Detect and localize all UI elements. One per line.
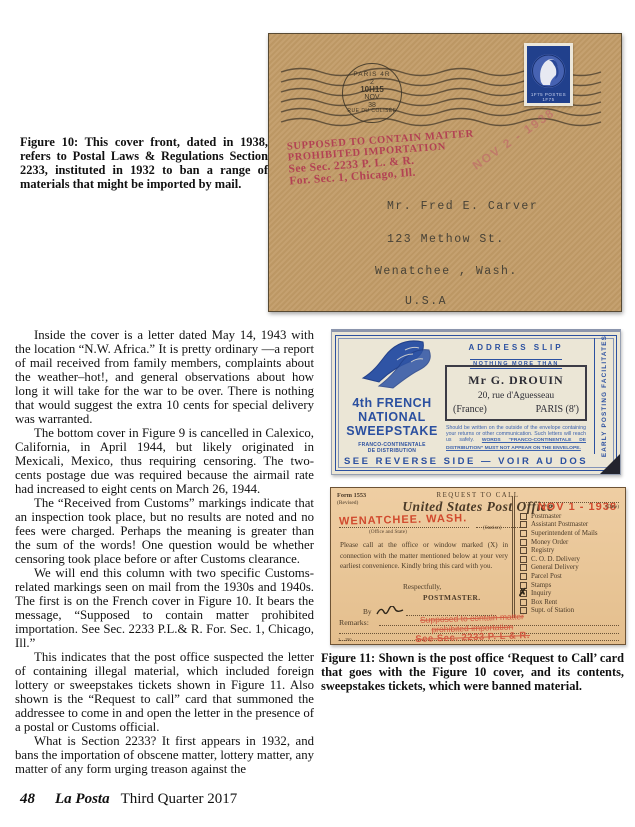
address-line: Wenatchee , Wash. <box>375 265 518 278</box>
checkbox-row: Superintendent of Mails <box>520 529 624 538</box>
address-line: Mr. Fred E. Carver <box>387 200 538 213</box>
date-label: (Date) <box>521 502 619 510</box>
office-label: (Office and State) <box>369 529 407 535</box>
distributor-name: FRANCO-CONTINENTALE DE DISTRIBUTION <box>340 442 444 454</box>
journal-name: La Posta <box>55 791 110 808</box>
checkbox-icon <box>520 521 527 528</box>
reverse-side-banner: SEE REVERSE SIDE — VOIR AU DOS <box>342 456 590 467</box>
crossed-out-remarks-handstamp: Supposed to contain matter prohibited im… <box>415 612 531 644</box>
page-footer: 48 La Posta Third Quarter 2017 <box>20 791 237 808</box>
paragraph: We will end this column with two specifi… <box>15 566 314 650</box>
checkbox-icon <box>520 539 527 546</box>
remarks-label: Remarks: <box>339 618 369 627</box>
checkbox-row: C. O. D. Delivery <box>520 555 624 564</box>
checkbox-row: Stamps <box>520 581 624 590</box>
paragraph: This indicates that the post office susp… <box>15 650 314 734</box>
address-line: U.S.A <box>405 295 447 308</box>
paragraph: Inside the cover is a letter dated May 1… <box>15 328 314 426</box>
paragraph: What is Section 2233? It first appears i… <box>15 734 314 776</box>
checkbox-icon <box>520 599 527 606</box>
checkbox-icon <box>520 513 527 520</box>
paris-postmark: PARIS 4R 2 10H15 NOV 38 RUE DU COLISÉE <box>342 63 402 123</box>
checkbox-icon <box>520 547 527 554</box>
form-print-code: 2—290 <box>338 637 352 642</box>
request-to-call-card-photo: Form 1553 (Revised) REQUEST TO CALL Unit… <box>330 487 626 645</box>
figure11-caption: Figure 11: Shown is the post office ‘Req… <box>321 652 624 694</box>
checkbox-row: Parcel Post <box>520 572 624 581</box>
early-posting-side-strip: EARLY POSTING FACILITATES <box>594 338 613 454</box>
checkbox-icon <box>520 530 527 537</box>
country-label: (France) <box>453 404 487 415</box>
sweepstake-address-slip-photo: 4th FRENCH NATIONAL SWEEPSTAKE FRANCO-CO… <box>331 329 621 475</box>
checkbox-icon <box>520 573 527 580</box>
page-number: 48 <box>20 791 35 808</box>
checkbox-row: Box Rent <box>520 598 624 607</box>
checkbox-row: Supt. of Station <box>520 607 624 616</box>
card-title: REQUEST TO CALL <box>331 492 625 499</box>
figure10-envelope-photo: PARIS 4R 2 10H15 NOV 38 RUE DU COLISÉE 1… <box>268 33 622 312</box>
figure10-caption: Figure 10: This cover front, dated in 19… <box>20 136 268 192</box>
issue-label: Third Quarter 2017 <box>121 791 238 808</box>
office-blank-line <box>339 527 469 528</box>
checkbox-row: Postmaster <box>520 512 624 521</box>
wenatchee-handstamp: WENATCHEE. WASH. <box>339 512 468 527</box>
signature-scribble <box>376 606 404 616</box>
sweepstake-title: 4th FRENCH NATIONAL SWEEPSTAKE <box>340 396 444 438</box>
postmaster-line: POSTMASTER. <box>423 593 481 602</box>
service-checkbox-list: Postmaster Assistant Postmaster Superint… <box>520 512 624 615</box>
slip-instructions: Should be written on the outside of the … <box>446 425 586 452</box>
paragraph: The “Received from Customs” markings ind… <box>15 496 314 566</box>
slip-address-box: Mr G. DROUIN 20, rue d'Aguesseau (France… <box>445 365 587 421</box>
checkbox-row: Money Order <box>520 538 624 547</box>
paragraph: The bottom cover in Figure 9 is cancelle… <box>15 426 314 496</box>
checkbox-row: Registry <box>520 546 624 555</box>
checkbox-row: General Delivery <box>520 564 624 573</box>
checkbox-icon <box>520 556 527 563</box>
horse-heads-illustration <box>345 338 437 394</box>
checkbox-row: Assistant Postmaster <box>520 521 624 530</box>
card-body-text: Please call at the office or window mark… <box>340 540 508 572</box>
column-divider <box>512 496 513 618</box>
corner-fold <box>600 454 620 474</box>
city-label: PARIS (8') <box>536 404 579 415</box>
column-divider <box>514 496 515 618</box>
respectfully-line: Respectfully, <box>403 582 441 591</box>
french-ceres-stamp: 1F75 POSTES 1F75 <box>524 43 573 106</box>
checkbox-icon <box>520 564 527 571</box>
station-label: (Station) <box>483 525 502 531</box>
stamp-denomination: 1F75 POSTES 1F75 <box>527 92 570 102</box>
address-line: 123 Methow St. <box>387 233 505 246</box>
checkbox-row-inquiry-checked: ✗Inquiry <box>520 589 624 598</box>
article-column: Inside the cover is a letter dated May 1… <box>15 328 314 776</box>
magazine-page: Figure 10: This cover front, dated in 19… <box>0 0 635 827</box>
